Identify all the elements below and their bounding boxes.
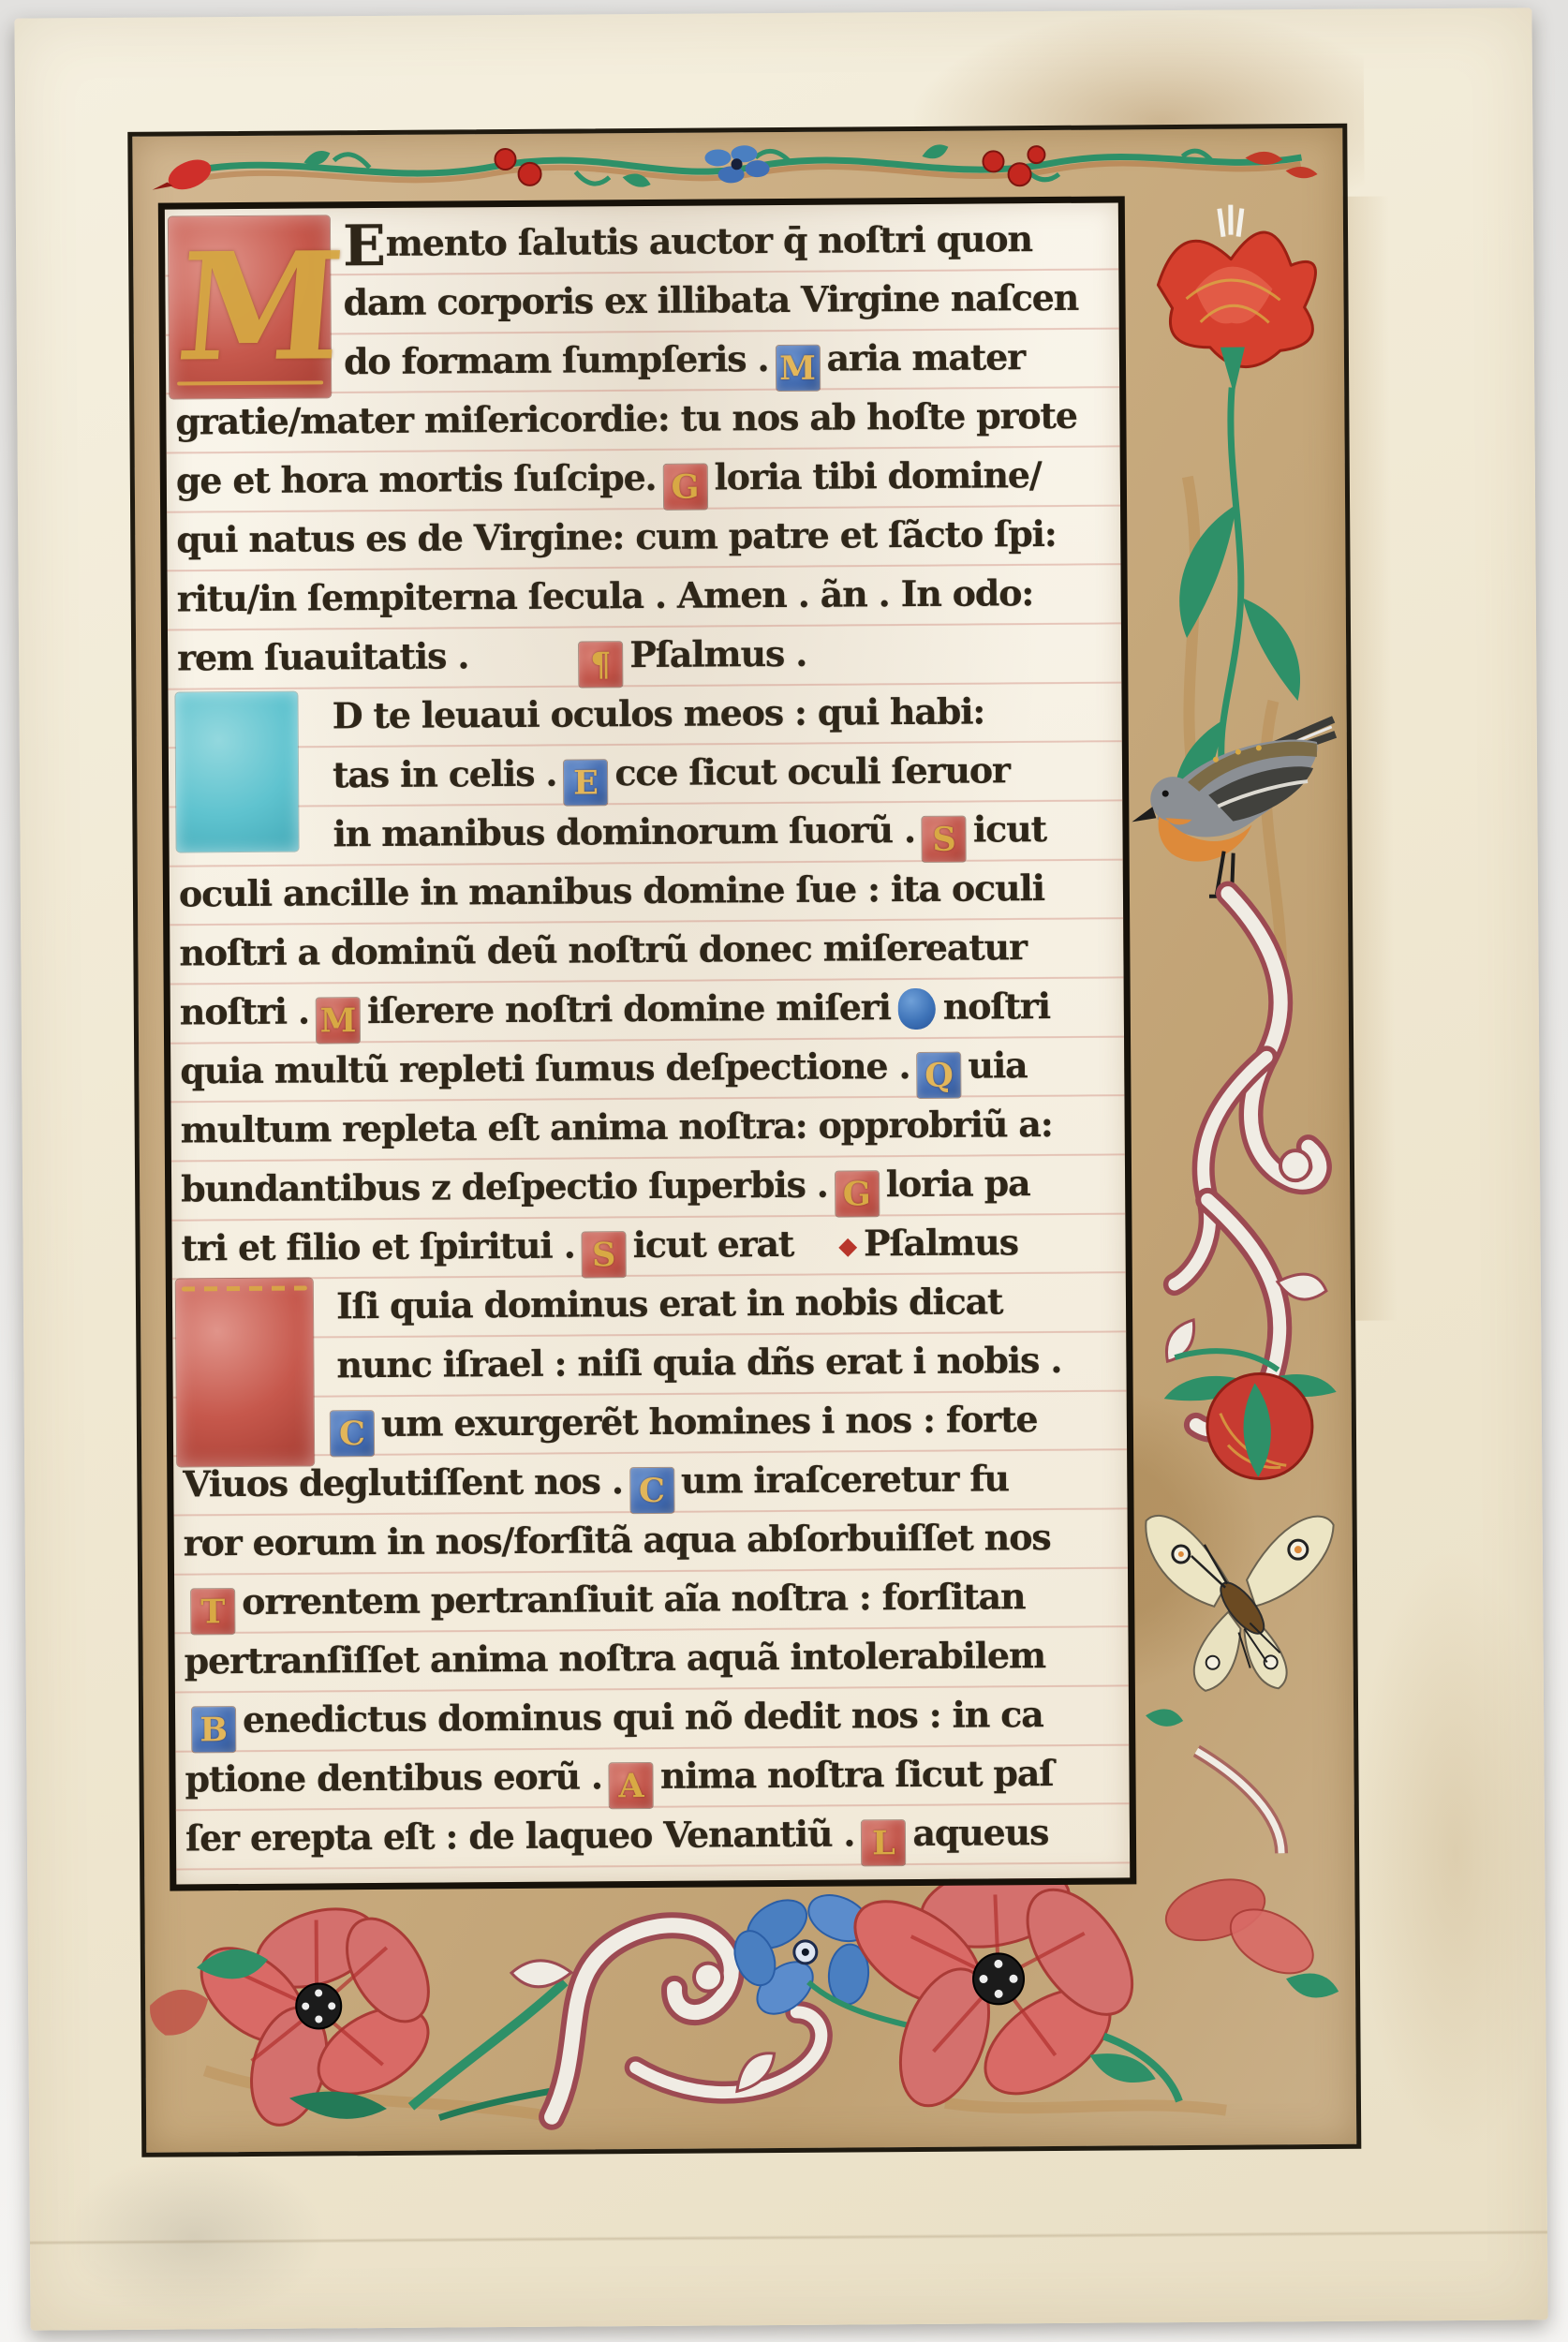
text-line: rem ſuauitatis .¶Pſalmus . <box>177 624 806 688</box>
text-line: do formam ſumpſeris .Maria mater <box>344 327 1025 391</box>
text-run: quia multũ repleti ſumus deſpectione . <box>180 1045 910 1091</box>
text-line: gratie/mater miſericordie: tu nos ab hoſ… <box>175 386 1077 452</box>
text-run: ge et hora mortis ſuſcipe. <box>176 456 657 502</box>
text-run: Iſi quia dominus erat in nobis dicat <box>336 1280 1003 1327</box>
text-lines: M Emento ſalutis auctor q̄ noſtri quonda… <box>165 202 1130 1884</box>
manuscript-leaf: M Emento ſalutis auctor q̄ noſtri quonda… <box>14 7 1547 2330</box>
text-line: Viuos deglutiſſent nos .Cum iraſceretur … <box>183 1448 1009 1513</box>
text-run: nima noſtra ſicut paſ <box>660 1752 1054 1797</box>
illuminated-initial: C <box>331 1411 374 1456</box>
text-run: ptione dentibus eorũ . <box>185 1755 602 1800</box>
text-line: D te leuaui oculos meos : qui habi: <box>332 681 984 745</box>
text-line: pertranſiſſet anima noſtra aquã intolera… <box>184 1625 1045 1690</box>
illuminated-initial: L <box>862 1820 905 1865</box>
text-run: gratie/mater miſericordie: tu nos ab hoſ… <box>175 394 1077 443</box>
text-line: in manibus dominorum ſuorũ .Sicut <box>333 799 1046 863</box>
text-line: Cum exurgerẽt homines i nos : forte <box>323 1389 1038 1453</box>
text-line: ge et hora mortis ſuſcipe.Gloria tibi do… <box>176 445 1042 510</box>
text-run: uia <box>968 1044 1027 1086</box>
text-run: oculi ancille in manibus domine ſue : it… <box>179 867 1044 914</box>
text-gap <box>793 1247 831 1256</box>
corner-petals-illustration <box>1159 1869 1339 1999</box>
illuminated-initial: M <box>776 346 819 391</box>
illuminated-initial: G <box>663 465 706 510</box>
red-diamond-mark: ◆ <box>838 1232 856 1260</box>
text-line: ſer erepta eſt : de laqueo Venantiũ .Laq… <box>185 1802 1049 1867</box>
text-run: cce ſicut oculi ſeruor <box>614 749 1010 793</box>
text-run: icut <box>973 808 1046 851</box>
text-line: quia multũ repleti ſumus deſpectione .Qu… <box>180 1035 1028 1100</box>
red-bud-icon <box>152 154 215 195</box>
illuminated-initial-M-block: M <box>169 215 331 398</box>
moth-illustration <box>1146 1515 1335 1692</box>
text-run: iſerere noſtri domine miſeri <box>367 986 891 1031</box>
bottom-floral-border <box>147 1875 1348 2142</box>
illuminated-initial: E <box>564 760 607 805</box>
text-run: Pſalmus <box>864 1221 1018 1264</box>
text-run: enedictus dominus qui nõ dedit nos : in … <box>243 1693 1043 1741</box>
text-line: ritu/in ſempiterna ſecula . Amen . ãn . … <box>177 563 1034 628</box>
text-run: ritu/in ſempiterna ſecula . Amen . ãn . … <box>177 571 1034 619</box>
illuminated-initial: S <box>583 1232 626 1277</box>
text-run: do formam ſumpſeris . <box>344 337 769 382</box>
illuminated-initial-N-block <box>176 1278 314 1466</box>
illuminated-initial: Q <box>917 1053 960 1098</box>
paint-blob <box>898 988 936 1030</box>
pink-flower-right-illustration <box>836 1853 1179 2119</box>
text-run: loria tibi domine/ <box>714 453 1041 497</box>
text-run: orrentem pertranſiuit aĩa noſtra : forſi… <box>242 1575 1025 1623</box>
text-line: ror eorum in nos/forſitã aqua abſorbuiſſ… <box>184 1507 1051 1572</box>
illuminated-initial: G <box>836 1171 879 1216</box>
text-line: nunc iſrael : niſi quia dñs erat i nobis… <box>336 1330 1061 1394</box>
illuminated-initial: T <box>191 1589 234 1634</box>
text-line: Emento ſalutis auctor q̄ noſtri quon <box>343 209 1032 273</box>
text-run: um iraſceretur fu <box>681 1457 1009 1501</box>
illuminated-initial: C <box>630 1468 673 1513</box>
text-run: noſtri <box>943 985 1050 1028</box>
text-line: dam corporis ex illibata Virgine naſcen <box>343 268 1078 332</box>
illuminated-initial-A-block <box>175 692 298 852</box>
text-run: um exurgerẽt homines i nos : forte <box>381 1398 1038 1445</box>
text-run: icut erat <box>632 1223 793 1266</box>
text-line: noſtri .Miſerere noſtri domine miſerinoſ… <box>180 976 1051 1041</box>
text-line: Benedictus dominus qui nõ dedit nos : in… <box>185 1684 1043 1749</box>
top-garland-illustration <box>135 129 1334 201</box>
text-run: bundantibus z deſpectio ſuperbis . <box>181 1164 828 1210</box>
acanthus-scroll-bottom-illustration <box>511 1924 822 2117</box>
vellum-stain <box>63 2152 326 2322</box>
text-run: loria pa <box>886 1162 1030 1205</box>
vellum-stain <box>1355 1553 1556 2154</box>
opening-capital: E <box>343 214 386 279</box>
text-block: M Emento ſalutis auctor q̄ noſtri quonda… <box>158 196 1137 1890</box>
text-run: D te leuaui oculos meos : qui habi: <box>332 689 984 736</box>
text-line: Iſi quia dominus erat in nobis dicat <box>336 1271 1003 1335</box>
illuminated-initial: M <box>317 998 360 1043</box>
text-run: aria mater <box>826 335 1025 378</box>
text-run: ror eorum in nos/forſitã aqua abſorbuiſſ… <box>184 1516 1051 1564</box>
text-line: multum repleta eſt anima noſtra: opprobr… <box>180 1094 1052 1159</box>
text-line: qui natus es de Virgine: cum patre et ſã… <box>176 504 1057 570</box>
text-run: noſtri a dominũ deũ noſtrũ donec miſerea… <box>179 926 1027 973</box>
text-run: dam corporis ex illibata Virgine naſcen <box>343 276 1078 323</box>
text-run: aqueus <box>912 1811 1048 1854</box>
text-run: noſtri . <box>180 990 310 1033</box>
text-run: Viuos deglutiſſent nos . <box>183 1460 623 1505</box>
text-gap <box>468 659 571 669</box>
text-line: Torrentem pertranſiuit aĩa noſtra : forſ… <box>184 1566 1026 1631</box>
text-line: oculi ancille in manibus domine ſue : it… <box>179 858 1044 923</box>
text-run: tas in celis . <box>333 752 557 796</box>
text-line: bundantibus z deſpectio ſuperbis .Gloria… <box>181 1153 1030 1218</box>
text-run: mento ſalutis auctor q̄ noſtri quon <box>386 217 1032 264</box>
text-line: tas in celis .Ecce ſicut oculi ſeruor <box>333 740 1010 804</box>
text-run: nunc iſrael : niſi quia dñs erat i nobis… <box>336 1339 1061 1386</box>
text-run: multum repleta eſt anima noſtra: opprobr… <box>181 1103 1053 1150</box>
text-line: ptione dentibus eorũ .Anima noſtra ſicut… <box>185 1743 1053 1808</box>
text-run: qui natus es de Virgine: cum patre et ſã… <box>176 512 1057 561</box>
illuminated-initial: B <box>192 1707 235 1752</box>
illuminated-initial: S <box>923 817 966 862</box>
acanthus-scroll-illustration <box>1163 893 1327 1430</box>
text-run: Pſalmus . <box>629 632 806 675</box>
text-run: pertranſiſſet anima noſtra aquã intolera… <box>184 1634 1045 1682</box>
text-line: tri et filio et ſpiritui .Sicut erat◆Pſa… <box>181 1212 1018 1277</box>
right-floral-border <box>1130 195 1345 1871</box>
text-run: rem ſuauitatis . <box>177 634 468 678</box>
ornament-initial: ¶ <box>579 642 622 687</box>
songbird-illustration <box>1132 719 1337 899</box>
page-photo-background: M Emento ſalutis auctor q̄ noſtri quonda… <box>0 0 1568 2342</box>
text-line: noſtri a dominũ deũ noſtrũ donec miſerea… <box>179 917 1027 982</box>
text-run: tri et filio et ſpiritui . <box>181 1224 574 1269</box>
illuminated-initial: A <box>610 1763 653 1808</box>
text-run: ſer erepta eſt : de laqueo Venantiũ . <box>185 1812 855 1859</box>
text-run: in manibus dominorum ſuorũ . <box>333 808 915 854</box>
